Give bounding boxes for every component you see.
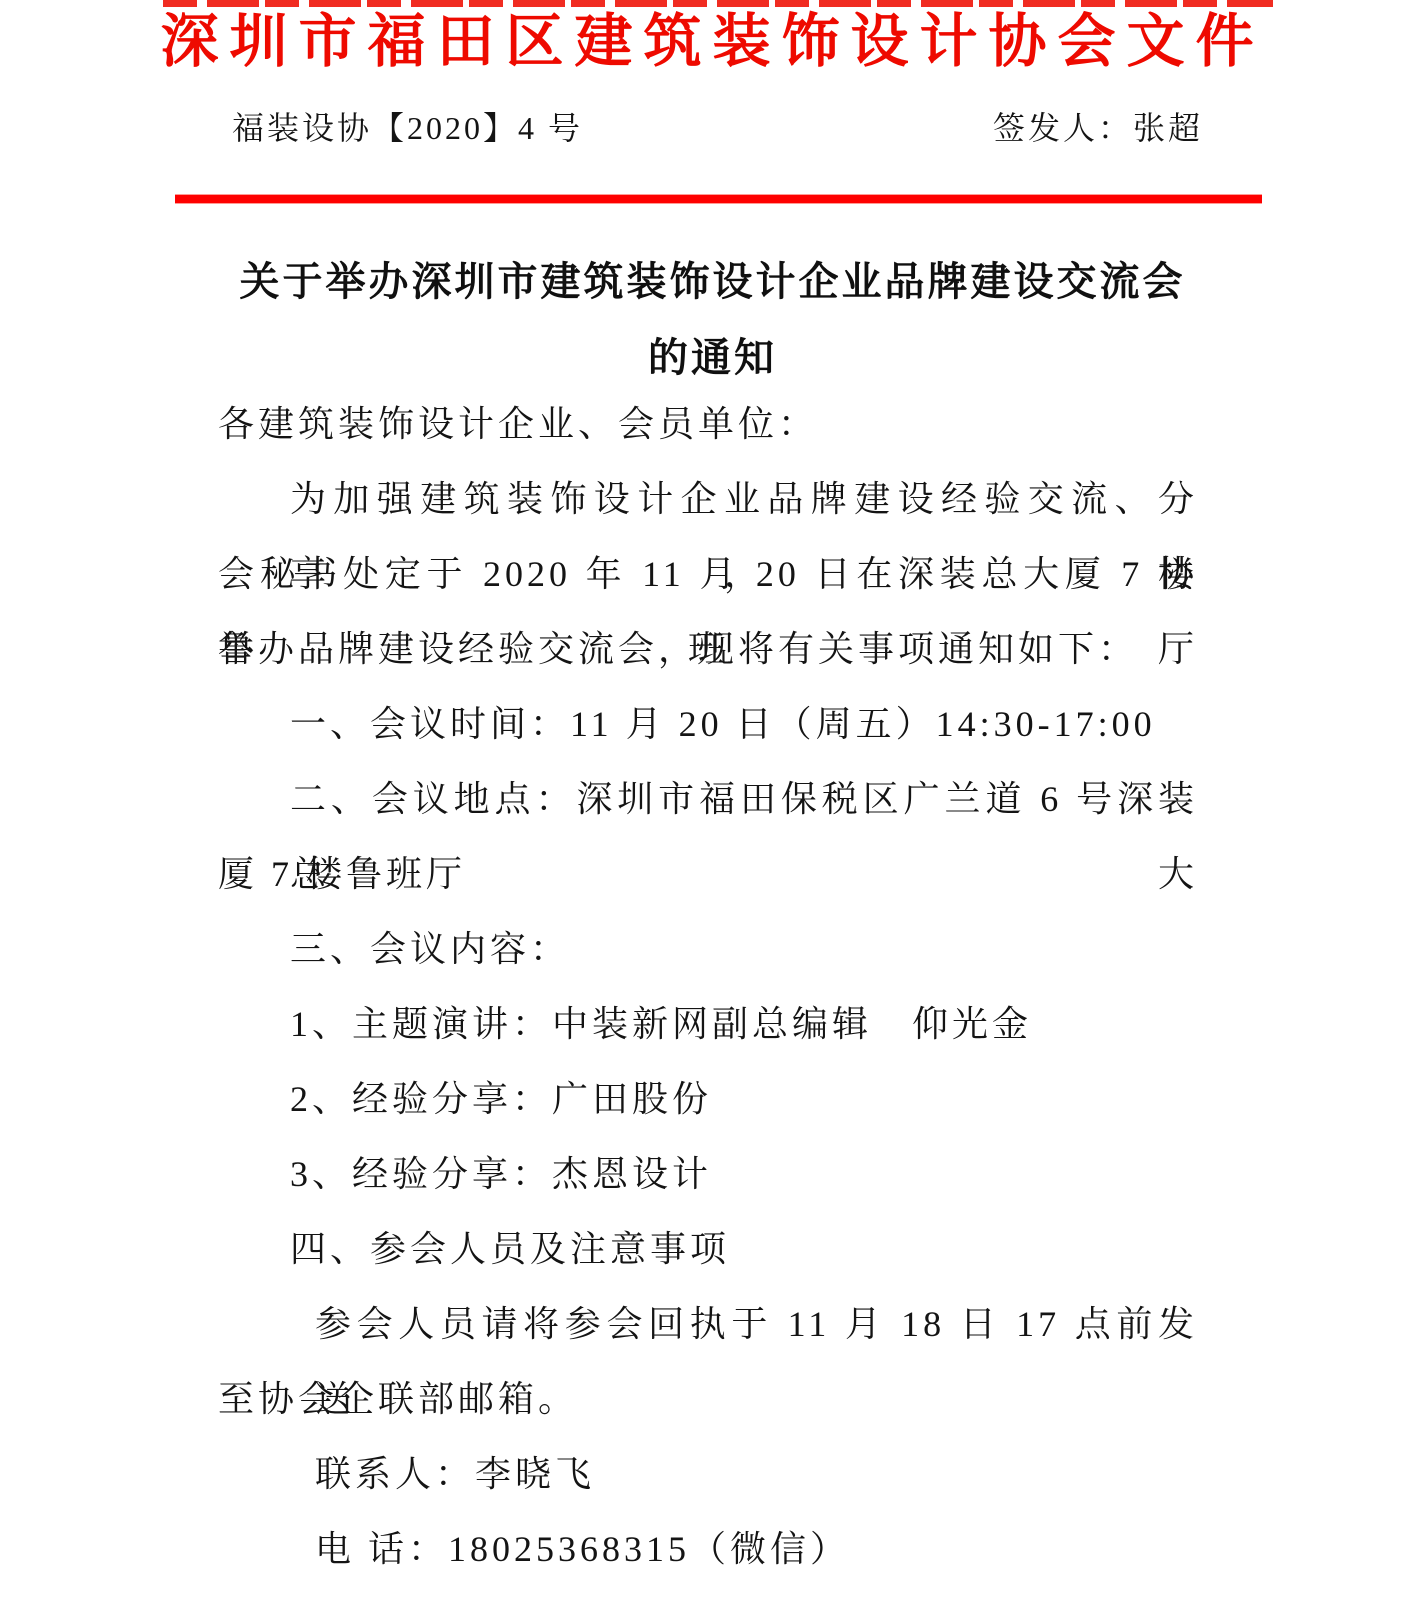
letterhead-title: 深圳市福田区建筑装饰设计协会文件: [0, 6, 1425, 78]
document-page: 深圳市福田区建筑装饰设计协会文件 福装设协【2020】4 号 签发人：张超 关于…: [0, 0, 1425, 1600]
document-line: 3、经验分享：杰恩设计: [218, 1137, 1198, 1212]
document-line: 二、会议地点：深圳市福田保税区广兰道 6 号深装总大: [218, 762, 1198, 837]
issuer: 签发人：张超: [993, 104, 1203, 152]
document-line: 三、会议内容：: [218, 912, 1198, 987]
document-line: 举办品牌建设经验交流会，现将有关事项通知如下：: [218, 612, 1198, 687]
body-lines: 各建筑装饰设计企业、会员单位：为加强建筑装饰设计企业品牌建设经验交流、分享，协会…: [218, 387, 1198, 1587]
doc-number: 福装设协【2020】4 号: [218, 104, 583, 152]
red-divider: [175, 195, 1262, 203]
document-line: 电 话：18025368315（微信）: [218, 1512, 1198, 1587]
letterhead-meta-row: 福装设协【2020】4 号 签发人：张超: [218, 104, 1203, 152]
document-line: 2、经验分享：广田股份: [218, 1062, 1198, 1137]
document-line: 参会人员请将参会回执于 11 月 18 日 17 点前发送: [218, 1287, 1198, 1362]
document-line: 1、主题演讲：中装新网副总编辑 仰光金: [218, 987, 1198, 1062]
document-line: 为加强建筑装饰设计企业品牌建设经验交流、分享，协: [218, 462, 1198, 537]
notice-title-line2: 的通知: [0, 332, 1425, 384]
document-line: 至协会企联部邮箱。: [218, 1362, 1198, 1437]
document-line: 四、参会人员及注意事项: [218, 1212, 1198, 1287]
document-line: 各建筑装饰设计企业、会员单位：: [218, 387, 1198, 462]
document-line: 一、会议时间：11 月 20 日（周五）14:30-17:00: [218, 687, 1198, 762]
document-line: 联系人：李晓飞: [218, 1437, 1198, 1512]
notice-title-line1: 关于举办深圳市建筑装饰设计企业品牌建设交流会: [0, 256, 1425, 308]
document-line: 会秘书处定于 2020 年 11 月 20 日在深装总大厦 7 楼鲁班厅: [218, 537, 1198, 612]
